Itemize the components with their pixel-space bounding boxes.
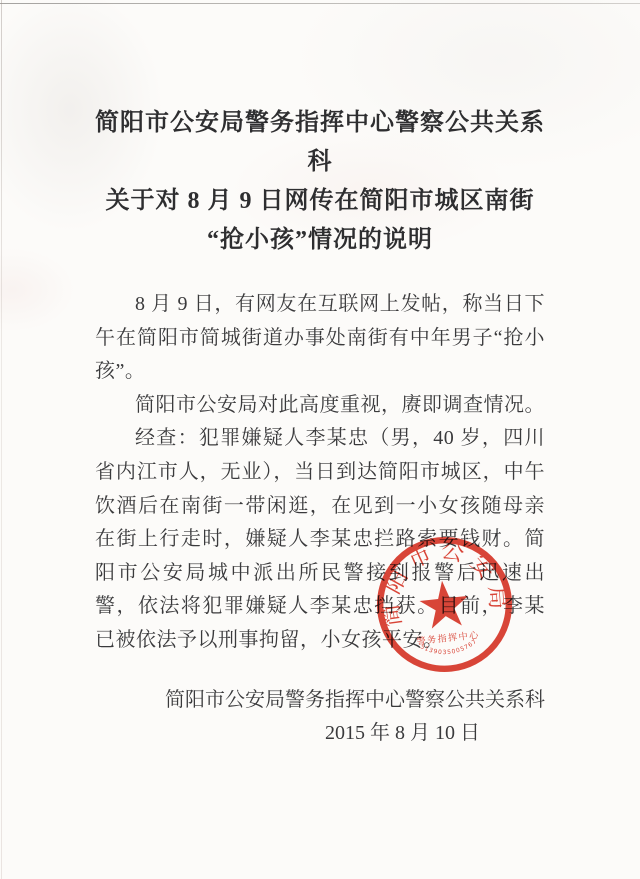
signature-date: 2015 年 8 月 10 日 <box>95 717 545 751</box>
signature-department: 简阳市公安局警务指挥中心警察公共关系科 <box>95 684 545 718</box>
document-title: 简阳市公安局警务指挥中心警察公共关系科 关于对 8 月 9 日网传在简阳市城区南… <box>95 104 545 260</box>
document-content: 简阳市公安局警务指挥中心警察公共关系科 关于对 8 月 9 日网传在简阳市城区南… <box>95 0 545 751</box>
scanned-document-page: 简阳市公安局警务指挥中心警察公共关系科 关于对 8 月 9 日网传在简阳市城区南… <box>0 0 640 879</box>
paragraph-3: 经查：犯罪嫌疑人李某忠（男，40 岁，四川省内江市人，无业），当日到达简阳市城区… <box>95 422 545 657</box>
document-body: 8 月 9 日，有网友在互联网上发帖，称当日下午在简阳市简城街道办事处南街有中年… <box>95 288 545 658</box>
title-line-3: “抢小孩”情况的说明 <box>95 221 545 260</box>
paragraph-2: 简阳市公安局对此高度重视，赓即调查情况。 <box>95 389 545 423</box>
paragraph-1: 8 月 9 日，有网友在互联网上发帖，称当日下午在简阳市简城街道办事处南街有中年… <box>95 288 545 389</box>
title-line-2: 关于对 8 月 9 日网传在简阳市城区南街 <box>95 182 545 221</box>
scan-artifact-left-edge <box>1 0 2 879</box>
title-line-1: 简阳市公安局警务指挥中心警察公共关系科 <box>95 104 545 182</box>
signature-block: 简阳市公安局警务指挥中心警察公共关系科 2015 年 8 月 10 日 <box>95 684 545 751</box>
